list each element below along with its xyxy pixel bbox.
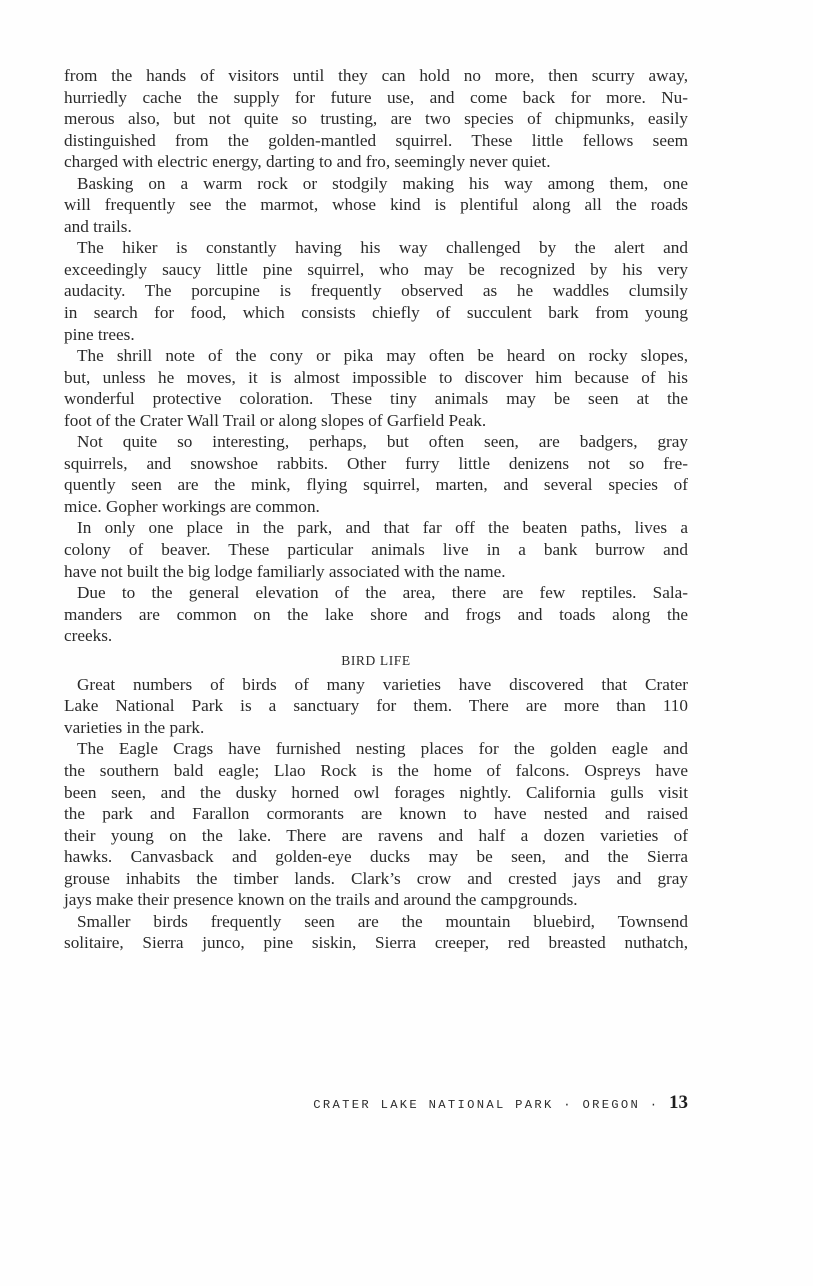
- text-line: charged with electric energy, darting to…: [64, 151, 688, 173]
- text-line: Lake National Park is a sanctuary for th…: [64, 695, 688, 717]
- paragraph-b1: Great numbers of birds of many varieties…: [64, 674, 688, 739]
- text-line: The Eagle Crags have furnished nesting p…: [64, 738, 688, 760]
- paragraph-p3: The hiker is constantly having his way c…: [64, 237, 688, 345]
- page-number: 13: [669, 1092, 688, 1113]
- text-line: hawks. Canvasback and golden-eye ducks m…: [64, 846, 688, 868]
- paragraph-p6: In only one place in the park, and that …: [64, 517, 688, 582]
- paragraph-p2: Basking on a warm rock or stodgily makin…: [64, 173, 688, 238]
- text-line: from the hands of visitors until they ca…: [64, 65, 688, 87]
- text-line: In only one place in the park, and that …: [64, 517, 688, 539]
- text-line: and trails.: [64, 216, 688, 238]
- text-line: their young on the lake. There are raven…: [64, 825, 688, 847]
- document-page: from the hands of visitors until they ca…: [0, 0, 813, 1286]
- text-line: The shrill note of the cony or pika may …: [64, 345, 688, 367]
- paragraph-p7: Due to the general elevation of the area…: [64, 582, 688, 647]
- text-line: quently seen are the mink, flying squirr…: [64, 474, 688, 496]
- running-title: CRATER LAKE NATIONAL PARK · OREGON ·: [313, 1098, 669, 1112]
- text-line: grouse inhabits the timber lands. Clark’…: [64, 868, 688, 890]
- text-line: mice. Gopher workings are common.: [64, 496, 688, 518]
- text-column: from the hands of visitors until they ca…: [64, 65, 688, 954]
- text-line: creeks.: [64, 625, 688, 647]
- text-line: Great numbers of birds of many varieties…: [64, 674, 688, 696]
- text-line: been seen, and the dusky horned owl fora…: [64, 782, 688, 804]
- text-line: the southern bald eagle; Llao Rock is th…: [64, 760, 688, 782]
- text-line: have not built the big lodge familiarly …: [64, 561, 688, 583]
- page-footer: CRATER LAKE NATIONAL PARK · OREGON · 13: [258, 1092, 688, 1114]
- text-line: but, unless he moves, it is almost impos…: [64, 367, 688, 389]
- text-line: Basking on a warm rock or stodgily makin…: [64, 173, 688, 195]
- text-line: hurriedly cache the supply for future us…: [64, 87, 688, 109]
- text-line: pine trees.: [64, 324, 688, 346]
- text-line: squirrels, and snowshoe rabbits. Other f…: [64, 453, 688, 475]
- text-line: The hiker is constantly having his way c…: [64, 237, 688, 259]
- text-line: Not quite so interesting, perhaps, but o…: [64, 431, 688, 453]
- text-line: jays make their presence known on the tr…: [64, 889, 688, 911]
- paragraph-b3: Smaller birds frequently seen are the mo…: [64, 911, 688, 954]
- text-line: manders are common on the lake shore and…: [64, 604, 688, 626]
- paragraph-p1: from the hands of visitors until they ca…: [64, 65, 688, 173]
- text-line: solitaire, Sierra junco, pine siskin, Si…: [64, 932, 688, 954]
- text-line: distinguished from the golden-mantled sq…: [64, 130, 688, 152]
- paragraph-p4: The shrill note of the cony or pika may …: [64, 345, 688, 431]
- text-line: audacity. The porcupine is frequently ob…: [64, 280, 688, 302]
- text-line: will frequently see the marmot, whose ki…: [64, 194, 688, 216]
- text-line: in search for food, which consists chief…: [64, 302, 688, 324]
- text-line: the park and Farallon cormorants are kno…: [64, 803, 688, 825]
- text-line: varieties in the park.: [64, 717, 688, 739]
- text-line: wonderful protective coloration. These t…: [64, 388, 688, 410]
- paragraph-b2: The Eagle Crags have furnished nesting p…: [64, 738, 688, 910]
- text-line: exceedingly saucy little pine squirrel, …: [64, 259, 688, 281]
- text-line: merous also, but not quite so trusting, …: [64, 108, 688, 130]
- paragraph-p5: Not quite so interesting, perhaps, but o…: [64, 431, 688, 517]
- section-heading-bird-life: BIRD LIFE: [64, 647, 688, 674]
- text-line: foot of the Crater Wall Trail or along s…: [64, 410, 688, 432]
- text-line: Smaller birds frequently seen are the mo…: [64, 911, 688, 933]
- text-line: Due to the general elevation of the area…: [64, 582, 688, 604]
- text-line: colony of beaver. These particular anima…: [64, 539, 688, 561]
